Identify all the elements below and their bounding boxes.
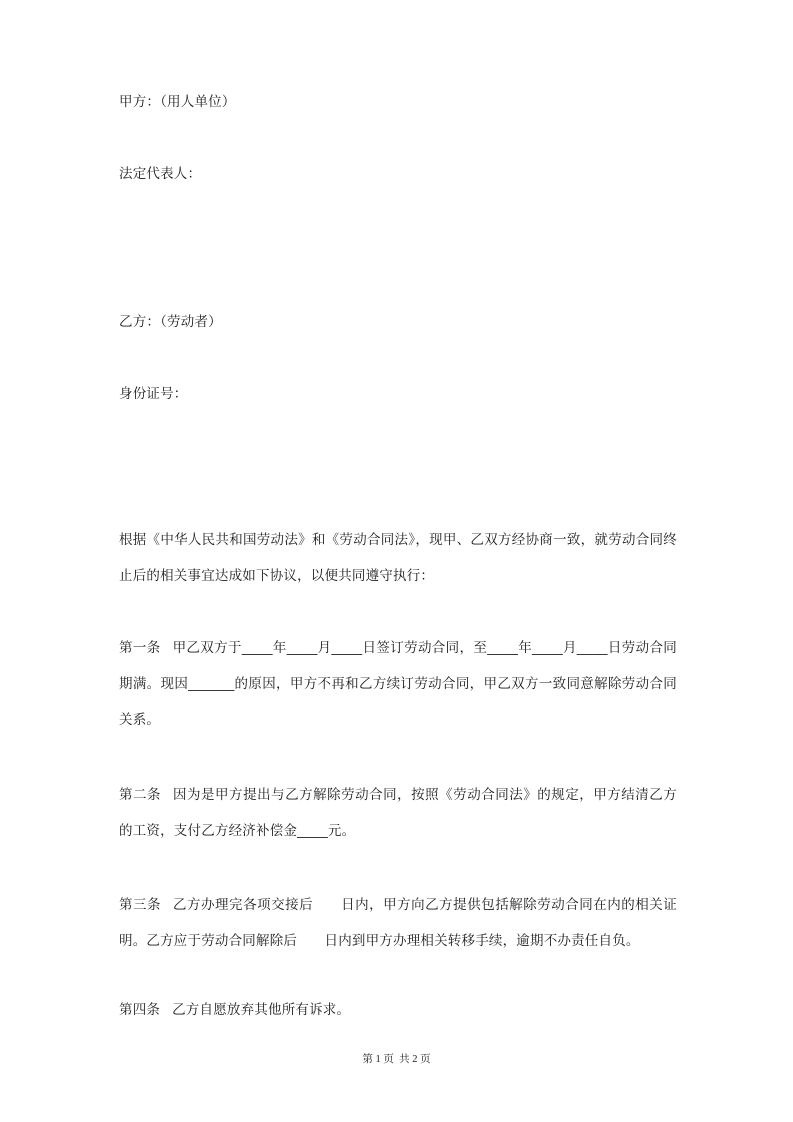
legal-representative-label: 法定代表人： [119,156,677,192]
clause-3-text: 乙方办理完各项交接后 日内，甲方向乙方提供包括解除劳动合同在内的相关证明。乙方应… [119,897,677,948]
clause-1: 第一条甲乙双方于____年____月____日签订劳动合同，至____年____… [119,630,677,738]
clause-2: 第二条因为是甲方提出与乙方解除劳动合同，按照《劳动合同法》的规定，甲方结清乙方的… [119,777,677,849]
id-number-label: 身份证号： [119,376,677,412]
page-number-footer: 第 1 页 共 2 页 [0,1050,793,1070]
clause-1-number: 第一条 [119,640,161,655]
party-a-label: 甲方：（用人单位） [119,84,677,120]
document-page: 甲方：（用人单位） 法定代表人： 乙方：（劳动者） 身份证号： 根据《中华人民共… [0,0,793,1122]
clause-2-number: 第二条 [119,787,161,802]
clause-4-number: 第四条 [119,1002,160,1017]
clause-2-text: 因为是甲方提出与乙方解除劳动合同，按照《劳动合同法》的规定，甲方结清乙方的工资，… [119,787,677,838]
party-b-label: 乙方：（劳动者） [119,304,677,340]
clause-4: 第四条乙方自愿放弃其他所有诉求。 [119,992,677,1028]
preamble-paragraph: 根据《中华人民共和国劳动法》和《劳动合同法》，现甲、乙双方经协商一致，就劳动合同… [119,522,677,594]
clause-1-text: 甲乙双方于____年____月____日签订劳动合同，至____年____月__… [119,640,677,727]
clause-4-text: 乙方自愿放弃其他所有诉求。 [172,1002,350,1017]
clause-3-number: 第三条 [119,897,161,912]
clause-3: 第三条乙方办理完各项交接后 日内，甲方向乙方提供包括解除劳动合同在内的相关证明。… [119,887,677,959]
